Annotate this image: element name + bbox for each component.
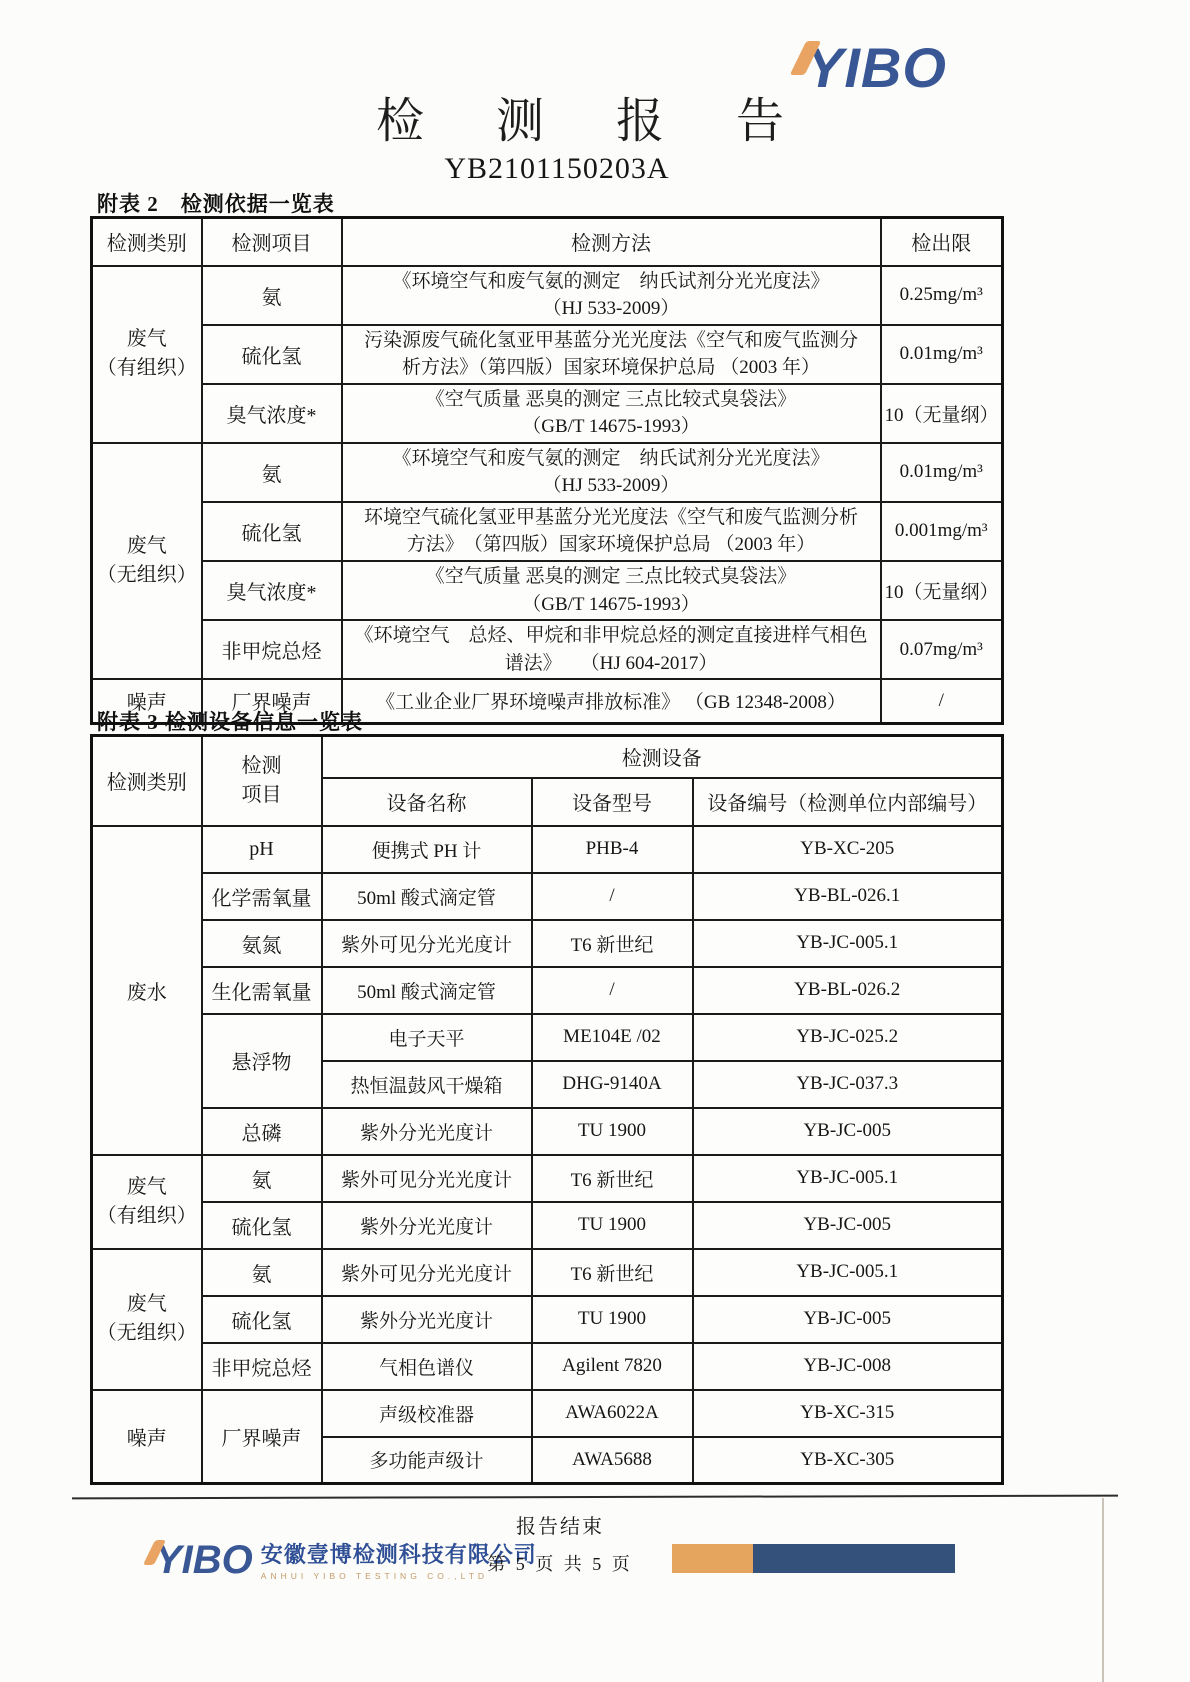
table3-model-cell: TU 1900 bbox=[532, 1108, 693, 1155]
table3-header-equipment: 检测设备 bbox=[322, 736, 1003, 778]
table-row: 硫化氢 紫外分光光度计 TU 1900 YB-JC-005 bbox=[92, 1202, 1003, 1249]
table2-method-cell: 《环境空气和废气氨的测定 纳氏试剂分光光度法》 （HJ 533-2009） bbox=[342, 266, 881, 325]
table2-item-cell: 硫化氢 bbox=[202, 502, 342, 561]
table3-header-serial: 设备编号（检测单位内部编号） bbox=[693, 778, 1003, 826]
table3-serial-cell: YB-XC-315 bbox=[693, 1390, 1003, 1437]
table3-model-cell: AWA5688 bbox=[532, 1437, 693, 1484]
table-row: 硫化氢 环境空气硫化氢亚甲基蓝分光光度法《空气和废气监测分析 方法》 （第四版）… bbox=[92, 502, 1003, 561]
table3-name-cell: 紫外可见分光光度计 bbox=[322, 920, 532, 967]
table3-item-cell: pH bbox=[202, 826, 322, 873]
table-row: 臭气浓度* 《空气质量 恶臭的测定 三点比较式臭袋法》 （GB/T 14675-… bbox=[92, 384, 1003, 443]
table3-serial-cell: YB-XC-205 bbox=[693, 826, 1003, 873]
table2-method-cell: 《工业企业厂界环境噪声排放标准》 （GB 12348-2008） bbox=[342, 679, 881, 723]
table3-serial-cell: YB-JC-025.2 bbox=[693, 1014, 1003, 1061]
table3-model-cell: AWA6022A bbox=[532, 1390, 693, 1437]
table3-category-cell: 废气 （无组织） bbox=[92, 1249, 202, 1390]
table2-method-cell: 《环境空气 总烃、甲烷和非甲烷总烃的测定直接进样气相色 谱法》 （HJ 604-… bbox=[342, 620, 881, 679]
table3-model-cell: T6 新世纪 bbox=[532, 1155, 693, 1202]
table-row: 总磷 紫外分光光度计 TU 1900 YB-JC-005 bbox=[92, 1108, 1003, 1155]
table3-name-cell: 气相色谱仪 bbox=[322, 1343, 532, 1390]
footer-divider bbox=[72, 1495, 1118, 1500]
table-row: 悬浮物 电子天平 ME104E /02 YB-JC-025.2 bbox=[92, 1014, 1003, 1061]
table3-serial-cell: YB-JC-005 bbox=[693, 1202, 1003, 1249]
table-row: 硫化氢 污染源废气硫化氢亚甲基蓝分光光度法《空气和废气监测分 析方法》（第四版）… bbox=[92, 325, 1003, 384]
table2-item-cell: 硫化氢 bbox=[202, 325, 342, 384]
table-row: 臭气浓度* 《空气质量 恶臭的测定 三点比较式臭袋法》 （GB/T 14675-… bbox=[92, 561, 1003, 620]
table2-header-item: 检测项目 bbox=[202, 218, 342, 266]
table2-item-cell: 非甲烷总烃 bbox=[202, 620, 342, 679]
table-row: 噪声 厂界噪声 声级校准器 AWA6022A YB-XC-315 bbox=[92, 1390, 1003, 1437]
table3-serial-cell: YB-BL-026.1 bbox=[693, 873, 1003, 920]
table-row: 硫化氢 紫外分光光度计 TU 1900 YB-JC-005 bbox=[92, 1296, 1003, 1343]
table3-header-name: 设备名称 bbox=[322, 778, 532, 826]
table3-serial-cell: YB-JC-005 bbox=[693, 1296, 1003, 1343]
table-row: 非甲烷总烃 《环境空气 总烃、甲烷和非甲烷总烃的测定直接进样气相色 谱法》 （H… bbox=[92, 620, 1003, 679]
table-row: 废气 （无组织） 氨 《环境空气和废气氨的测定 纳氏试剂分光光度法》 （HJ 5… bbox=[92, 443, 1003, 502]
table3-serial-cell: YB-JC-037.3 bbox=[693, 1061, 1003, 1108]
table3-serial-cell: YB-JC-005.1 bbox=[693, 1155, 1003, 1202]
table3-name-cell: 紫外分光光度计 bbox=[322, 1202, 532, 1249]
table3-item-cell: 化学需氧量 bbox=[202, 873, 322, 920]
table3-model-cell: T6 新世纪 bbox=[532, 1249, 693, 1296]
table3-name-cell: 紫外可见分光光度计 bbox=[322, 1155, 532, 1202]
table3-model-cell: / bbox=[532, 873, 693, 920]
table2-item-cell: 氨 bbox=[202, 443, 342, 502]
table3-header-row-1: 检测类别 检测 项目 检测设备 bbox=[92, 736, 1003, 778]
table3-category-cell: 废气 （有组织） bbox=[92, 1155, 202, 1249]
table3-model-cell: PHB-4 bbox=[532, 826, 693, 873]
table3-item-cell: 厂界噪声 bbox=[202, 1390, 322, 1484]
footer-bar-blue-segment bbox=[753, 1544, 955, 1573]
table2-limit-cell: 0.001mg/m³ bbox=[881, 502, 1003, 561]
table2-limit-cell: 0.01mg/m³ bbox=[881, 443, 1003, 502]
table3-name-cell: 声级校准器 bbox=[322, 1390, 532, 1437]
table3-name-cell: 电子天平 bbox=[322, 1014, 532, 1061]
table3-serial-cell: YB-BL-026.2 bbox=[693, 967, 1003, 1014]
table3-caption: 附表 3 检测设备信息一览表 bbox=[97, 706, 363, 736]
table2-limit-cell: 0.07mg/m³ bbox=[881, 620, 1003, 679]
table3-name-cell: 紫外可见分光光度计 bbox=[322, 1249, 532, 1296]
table2-category-cell: 废气 （有组织） bbox=[92, 266, 202, 443]
table3-model-cell: TU 1900 bbox=[532, 1202, 693, 1249]
table2-item-cell: 臭气浓度* bbox=[202, 561, 342, 620]
table2-header-method: 检测方法 bbox=[342, 218, 881, 266]
report-end-label: 报告结束 bbox=[450, 1510, 670, 1539]
table-row: 废气 （有组织） 氨 《环境空气和废气氨的测定 纳氏试剂分光光度法》 （HJ 5… bbox=[92, 266, 1003, 325]
logo-wordmark: YIBO bbox=[806, 36, 947, 99]
table3-name-cell: 紫外分光光度计 bbox=[322, 1296, 532, 1343]
table3-item-cell: 氨 bbox=[202, 1155, 322, 1202]
table-row: 废气 （有组织） 氨 紫外可见分光光度计 T6 新世纪 YB-JC-005.1 bbox=[92, 1155, 1003, 1202]
table3-model-cell: ME104E /02 bbox=[532, 1014, 693, 1061]
table2-header-category: 检测类别 bbox=[92, 218, 202, 266]
table3-equipment-list: 检测类别 检测 项目 检测设备 设备名称 设备型号 设备编号（检测单位内部编号）… bbox=[90, 734, 1001, 1485]
table3-item-cell: 氨氮 bbox=[202, 920, 322, 967]
table2-method-cell: 污染源废气硫化氢亚甲基蓝分光光度法《空气和废气监测分 析方法》（第四版）国家环境… bbox=[342, 325, 881, 384]
table2-limit-cell: 0.01mg/m³ bbox=[881, 325, 1003, 384]
table2-item-cell: 臭气浓度* bbox=[202, 384, 342, 443]
table3-name-cell: 多功能声级计 bbox=[322, 1437, 532, 1484]
table3-serial-cell: YB-XC-305 bbox=[693, 1437, 1003, 1484]
table2-limit-cell: 10（无量纲） bbox=[881, 384, 1003, 443]
table3-name-cell: 50ml 酸式滴定管 bbox=[322, 873, 532, 920]
table3: 检测类别 检测 项目 检测设备 设备名称 设备型号 设备编号（检测单位内部编号）… bbox=[90, 734, 1004, 1485]
table3-serial-cell: YB-JC-005.1 bbox=[693, 1249, 1003, 1296]
table3-category-cell: 废水 bbox=[92, 826, 202, 1155]
table3-category-cell: 噪声 bbox=[92, 1390, 202, 1484]
table3-item-cell: 悬浮物 bbox=[202, 1014, 322, 1108]
yibo-logo: YIBO bbox=[800, 40, 947, 96]
table3-serial-cell: YB-JC-005.1 bbox=[693, 920, 1003, 967]
table2-method-cell: 《空气质量 恶臭的测定 三点比较式臭袋法》 （GB/T 14675-1993） bbox=[342, 384, 881, 443]
report-page: 检 测 报 告 YIBO YB2101150203A 附表 2 检测依据一览表 … bbox=[0, 0, 1190, 1682]
table3-item-cell: 生化需氧量 bbox=[202, 967, 322, 1014]
table3-serial-cell: YB-JC-005 bbox=[693, 1108, 1003, 1155]
table2-method-cell: 环境空气硫化氢亚甲基蓝分光光度法《空气和废气监测分析 方法》 （第四版）国家环境… bbox=[342, 502, 881, 561]
table3-model-cell: TU 1900 bbox=[532, 1296, 693, 1343]
table-row: 化学需氧量 50ml 酸式滴定管 / YB-BL-026.1 bbox=[92, 873, 1003, 920]
yibo-logo-footer: YIBO bbox=[150, 1540, 253, 1580]
table3-model-cell: Agilent 7820 bbox=[532, 1343, 693, 1390]
table3-header-category: 检测类别 bbox=[92, 736, 202, 826]
table2-method-cell: 《空气质量 恶臭的测定 三点比较式臭袋法》 （GB/T 14675-1993） bbox=[342, 561, 881, 620]
table3-model-cell: / bbox=[532, 967, 693, 1014]
table2-caption: 附表 2 检测依据一览表 bbox=[97, 188, 335, 218]
table3-name-cell: 便携式 PH 计 bbox=[322, 826, 532, 873]
table3-item-cell: 总磷 bbox=[202, 1108, 322, 1155]
table3-name-cell: 热恒温鼓风干燥箱 bbox=[322, 1061, 532, 1108]
table2-category-cell: 废气 （无组织） bbox=[92, 443, 202, 679]
page-number: 第 5 页 共 5 页 bbox=[450, 1550, 670, 1576]
table2-header-limit: 检出限 bbox=[881, 218, 1003, 266]
table3-name-cell: 紫外分光光度计 bbox=[322, 1108, 532, 1155]
table3-model-cell: T6 新世纪 bbox=[532, 920, 693, 967]
report-number: YB2101150203A bbox=[0, 152, 1114, 186]
table3-item-cell: 硫化氢 bbox=[202, 1296, 322, 1343]
table3-header-item: 检测 项目 bbox=[202, 736, 322, 826]
footer-bar-orange-segment bbox=[672, 1544, 753, 1573]
scan-edge-line bbox=[1102, 1498, 1104, 1682]
table-row: 非甲烷总烃 气相色谱仪 Agilent 7820 YB-JC-008 bbox=[92, 1343, 1003, 1390]
table3-item-cell: 氨 bbox=[202, 1249, 322, 1296]
table2-limit-cell: 0.25mg/m³ bbox=[881, 266, 1003, 325]
table2-basis-list: 检测类别 检测项目 检测方法 检出限 废气 （有组织） 氨 《环境空气和废气氨的… bbox=[90, 216, 1001, 725]
table2-header-row: 检测类别 检测项目 检测方法 检出限 bbox=[92, 218, 1003, 266]
table3-serial-cell: YB-JC-008 bbox=[693, 1343, 1003, 1390]
logo-wordmark: YIBO bbox=[155, 1538, 253, 1582]
footer-color-bar bbox=[672, 1544, 955, 1573]
table2-limit-cell: 10（无量纲） bbox=[881, 561, 1003, 620]
table-row: 废气 （无组织） 氨 紫外可见分光光度计 T6 新世纪 YB-JC-005.1 bbox=[92, 1249, 1003, 1296]
table-row: 生化需氧量 50ml 酸式滴定管 / YB-BL-026.2 bbox=[92, 967, 1003, 1014]
table-row: 氨氮 紫外可见分光光度计 T6 新世纪 YB-JC-005.1 bbox=[92, 920, 1003, 967]
table3-name-cell: 50ml 酸式滴定管 bbox=[322, 967, 532, 1014]
table3-item-cell: 硫化氢 bbox=[202, 1202, 322, 1249]
table2-method-cell: 《环境空气和废气氨的测定 纳氏试剂分光光度法》 （HJ 533-2009） bbox=[342, 443, 881, 502]
table3-item-cell: 非甲烷总烃 bbox=[202, 1343, 322, 1390]
table2: 检测类别 检测项目 检测方法 检出限 废气 （有组织） 氨 《环境空气和废气氨的… bbox=[90, 216, 1004, 725]
table-row: 废水 pH 便携式 PH 计 PHB-4 YB-XC-205 bbox=[92, 826, 1003, 873]
page-title: 检 测 报 告 bbox=[0, 82, 1190, 151]
table2-item-cell: 氨 bbox=[202, 266, 342, 325]
table3-model-cell: DHG-9140A bbox=[532, 1061, 693, 1108]
table3-header-model: 设备型号 bbox=[532, 778, 693, 826]
table2-limit-cell: / bbox=[881, 679, 1003, 723]
